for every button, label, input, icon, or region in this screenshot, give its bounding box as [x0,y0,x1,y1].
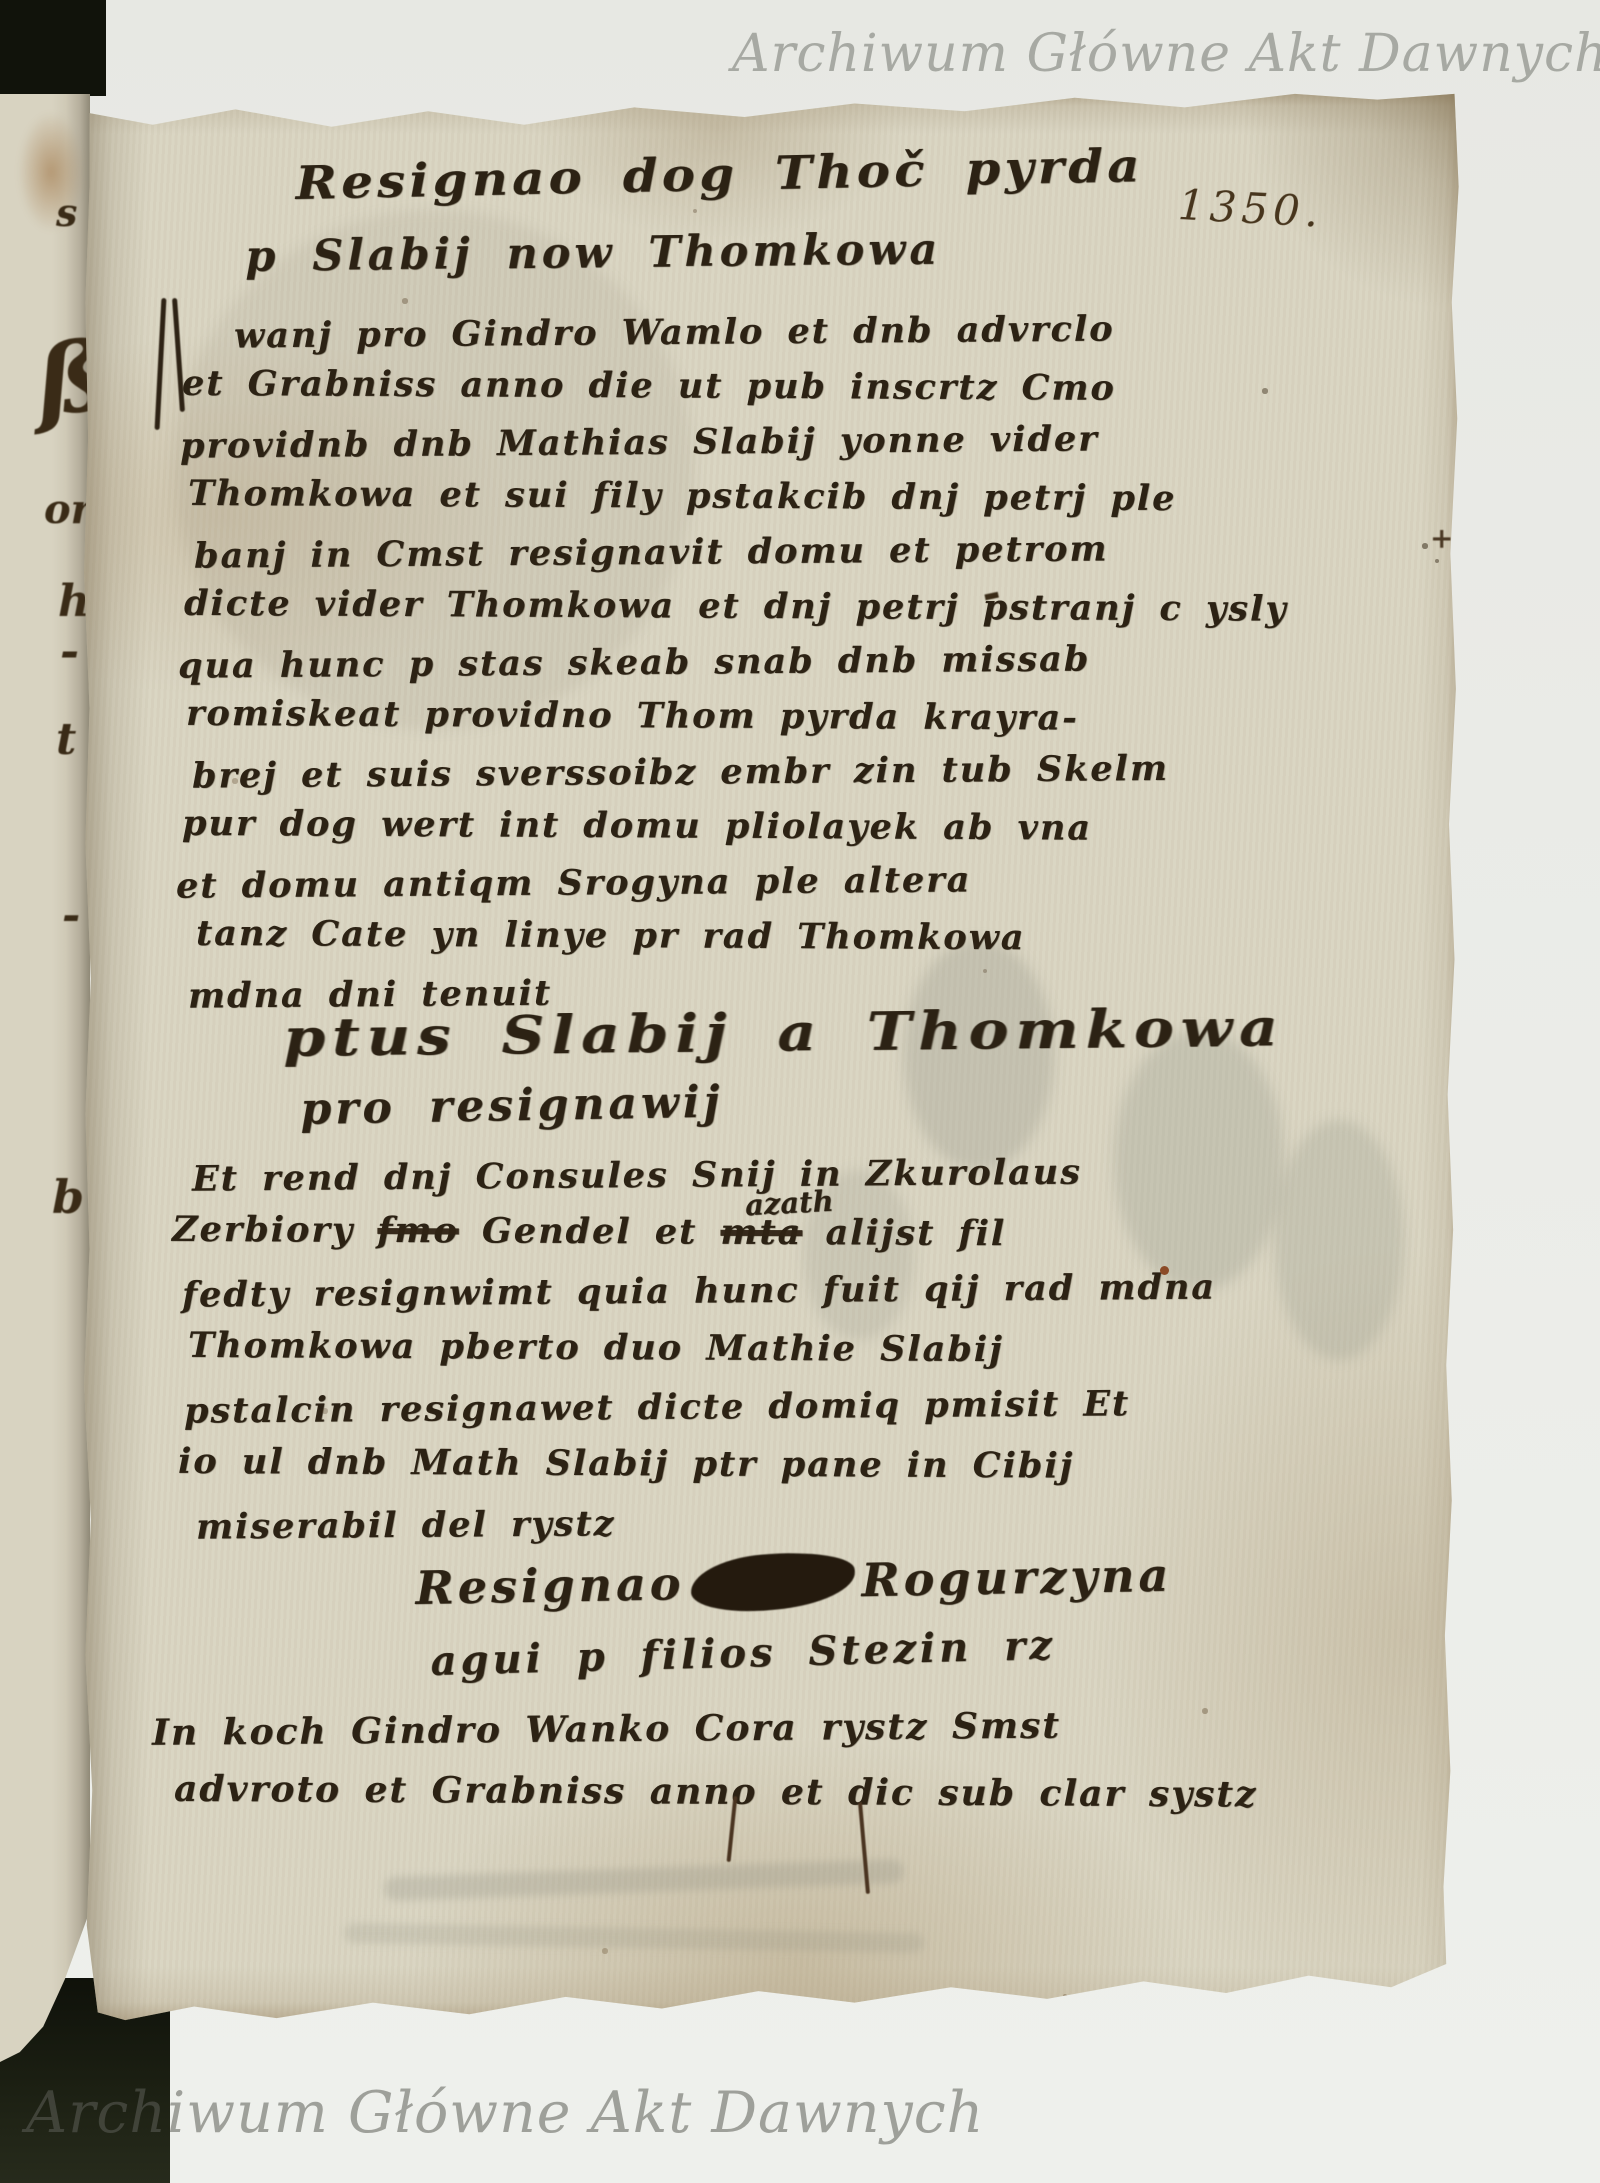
manuscript-page: Resignao dog Thoč pyrda p Slabij now Tho… [84,90,1460,2022]
entry1-body: wanj pro Gindro Wamlo et dnb advrclo et … [170,304,1370,1019]
ink-showthrough [344,1923,924,1953]
backing-black-top-left [0,0,106,96]
text-line: Thomkowa pberto duo Mathie Slabij [188,1317,1372,1381]
struck-word: fmo [377,1210,459,1251]
text-line: tanz Cate yn linye pr rad Thomkowa [196,906,1370,967]
text-line: banj in Cmst resignavit domu et petrom [194,519,1370,583]
margin-fragment: b [52,1170,84,1224]
entry2-heading-line1: ptus Slabij a Thomkowa [283,998,1285,1069]
struck-word: mta [720,1212,802,1253]
text-line: romiskeat providno Thom pyrda krayra- [186,686,1370,747]
text-line: brej et suis sverssoibz embr zin tub Ske… [192,739,1370,803]
text-line: qua hunc p stas skeab snab dnb missab [178,629,1370,693]
text-line: pur dog wert int domu pliolayek ab vna [182,796,1370,857]
text-segment: Gendel et [459,1210,721,1252]
text-line-with-strikethrough: Zerbiory fmo Gendel et mta alijst fil [172,1201,1372,1265]
margin-fragment: or [44,486,90,533]
entry2-body: Et rend dnj Consules Snij in Zkurolaus Z… [172,1146,1372,1552]
entry3-body: In koch Gindro Wanko Cora rystz Smst adv… [152,1696,1372,1824]
margin-fragment: - [60,624,79,678]
text-segment: alijst fil [802,1212,1006,1254]
text-line: io ul dnb Math Slabij ptr pane in Cibij [178,1433,1372,1497]
text-line: dicte vider Thomkowa et dnj petrj pstran… [184,576,1370,637]
text-line: pstalcin resignawet dicte domiq pmisit E… [184,1373,1372,1440]
text-line: Thomkowa et sui fily pstakcib dnj petrj … [188,466,1370,527]
text-line: fedty resignwimt quia hunc fuit qij rad … [182,1257,1372,1324]
text-line: In koch Gindro Wanko Cora rystz Smst [152,1691,1372,1765]
entry3-heading-line2: agui p filios Stezin rz [430,1622,1056,1685]
margin-fragment: ß [30,318,90,438]
text-line: wanj pro Gindro Wamlo et dnb advrclo [234,300,1370,364]
text-segment: Zerbiory [172,1209,378,1251]
heading-word: Resignao [415,1556,685,1615]
ink-blot [688,1547,857,1617]
margin-fragment: - [62,890,80,941]
entry3-heading-line1: ResignaoRogurzyna [415,1547,1173,1615]
watermark-top: Archiwum Główne Akt Dawnych [732,24,1600,84]
heading-word: Rogurzyna [861,1548,1173,1607]
text-line: Et rend dnj Consules Snij in Zkurolaus [192,1141,1372,1208]
ink-showthrough [384,1859,905,1901]
facing-page-edge: s ß or h - t - b [0,94,90,2062]
right-margin-mark: + [1430,522,1453,555]
entry2-heading-line2: pro resignawij [300,1077,724,1135]
text-line: et Grabniss anno die ut pub inscrtz Cmo [182,356,1370,417]
text-line: miserabil del rystz [196,1489,1372,1556]
text-line: providnb dnb Mathias Slabij yonne vider [180,409,1370,473]
watermark-bottom: Archiwum Główne Akt Dawnych [26,2080,984,2146]
folio-number: 1350. [1177,180,1325,237]
text-line: advroto et Grabniss anno et dic sub clar… [174,1757,1372,1827]
margin-fragment: t [56,714,76,765]
margin-fragment: s [56,190,77,235]
rust-speck [1160,1266,1169,1275]
manuscript-scan: s ß or h - t - b Resignao dog Thoč pyrda… [0,0,1600,2183]
entry1-heading-line1: Resignao dog Thoč pyrda [295,138,1144,210]
text-line: et domu antiqm Srogyna ple altera [176,849,1370,913]
entry1-heading-line2: p Slabij now Thomkowa [245,225,941,282]
